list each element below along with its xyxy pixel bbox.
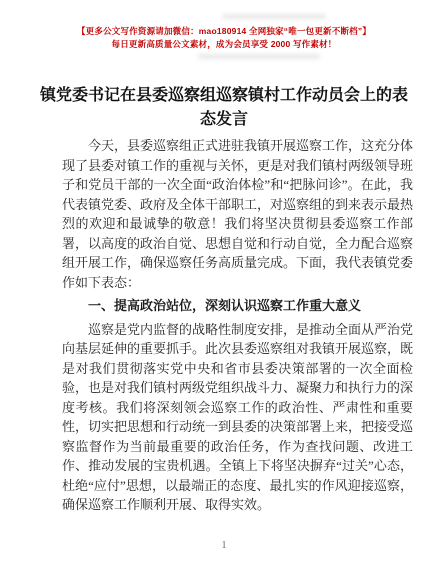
document-title: 镇党委书记在县委巡察组巡察镇村工作动员会上的表态发言 <box>0 84 448 132</box>
promo-header: 【更多公文写作资源请加微信：mao180914 全网独家“唯一包更新不断档”】 … <box>0 0 448 51</box>
document-body: 今天，县委巡察组正式进驻我镇开展巡察工作，这充分体现了县委对镇工作的重视与关怀，… <box>0 136 448 515</box>
section-heading: 一、提高政治站位，深刻认识巡察工作重大意义 <box>62 296 413 316</box>
paragraph: 今天，县委巡察组正式进驻我镇开展巡察工作，这充分体现了县委对镇工作的重视与关怀，… <box>62 136 413 292</box>
faded-watermark-bottom <box>198 54 320 59</box>
document-page: 【更多公文写作资源请加微信：mao180914 全网独家“唯一包更新不断档”】 … <box>0 0 448 580</box>
promo-header-line1: 【更多公文写作资源请加微信：mao180914 全网独家“唯一包更新不断档”】 <box>0 25 448 38</box>
faded-watermark-top <box>222 14 326 19</box>
paragraph: 巡察是党内监督的战略性制度安排，是推动全面从严治党向基层延伸的重要抓手。此次县委… <box>62 320 413 515</box>
promo-header-line2: 每日更新高质量公文素材，成为会员享受 2000 写作素材！ <box>0 38 448 51</box>
page-number: 1 <box>0 540 448 551</box>
